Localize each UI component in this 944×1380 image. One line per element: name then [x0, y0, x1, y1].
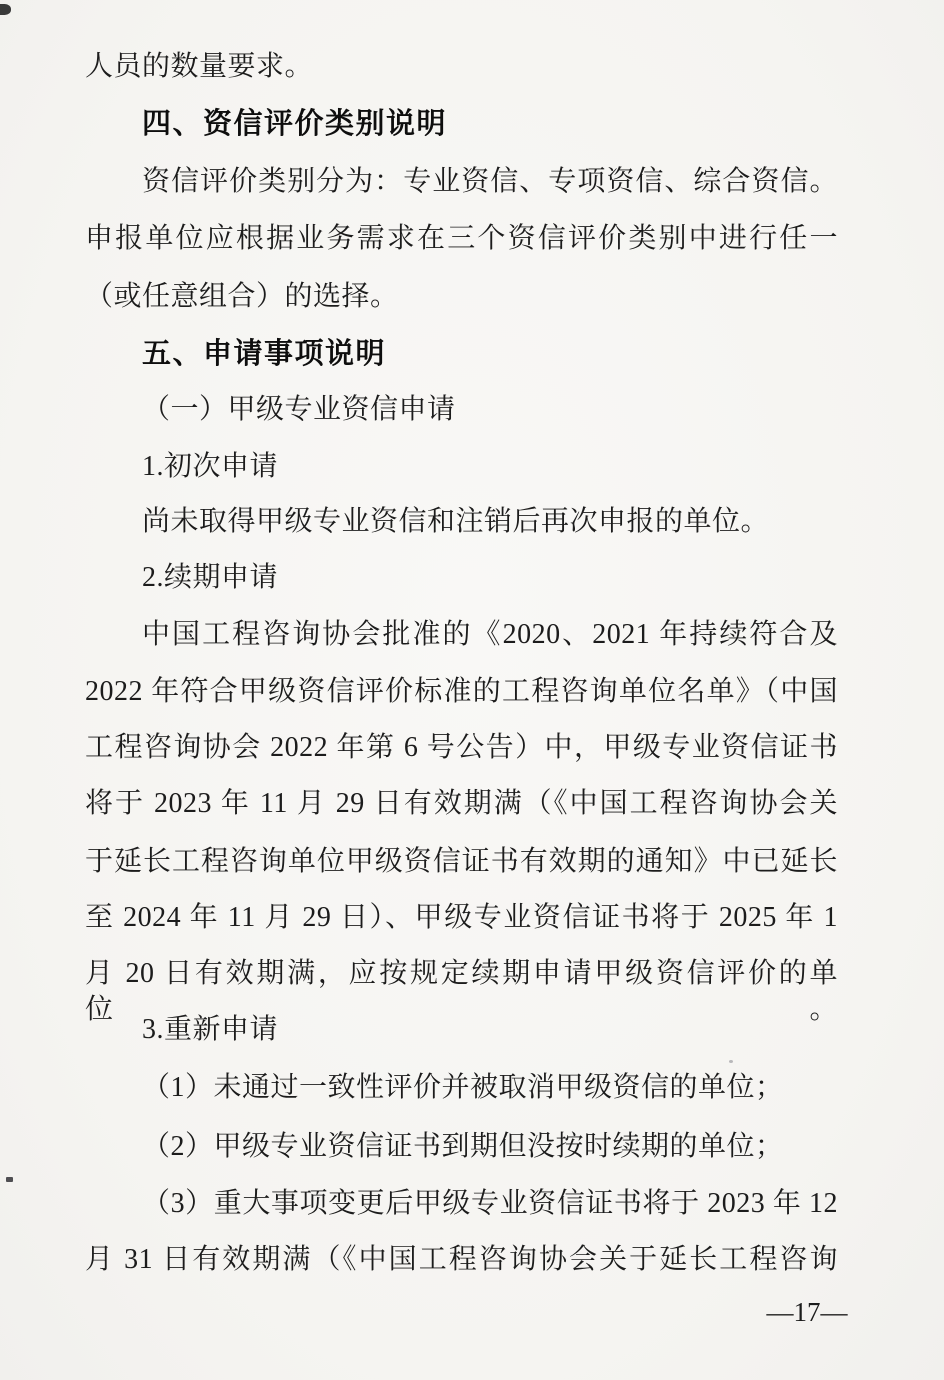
page-number: —17— [762, 1297, 852, 1328]
text-line: 申报单位应根据业务需求在三个资信评价类别中进行任一 [85, 221, 838, 257]
text-line: 将于 2023 年 11 月 29 日有效期满（《中国工程咨询协会关 [85, 786, 838, 822]
text-line: 月 31 日有效期满（《中国工程咨询协会关于延长工程咨询 [85, 1242, 838, 1278]
text-line: 尚未取得甲级专业资信和注销后再次申报的单位。 [85, 504, 838, 540]
text-line: 2.续期申请 [85, 560, 838, 596]
text-line: （2）甲级专业资信证书到期但没按时续期的单位； [85, 1129, 838, 1165]
text-line: 至 2024 年 11 月 29 日）、甲级专业资信证书将于 2025 年 1 [85, 900, 838, 936]
text-line: 1.初次申请 [85, 449, 838, 485]
text-line: 人员的数量要求。 [85, 49, 838, 85]
text-line: 于延长工程咨询单位甲级资信证书有效期的通知》中已延长 [85, 844, 838, 880]
text-line: 资信评价类别分为：专业资信、专项资信、综合资信。 [85, 164, 838, 200]
text-line: （3）重大事项变更后甲级专业资信证书将于 2023 年 12 [85, 1186, 838, 1222]
text-line: 工程咨询协会 2022 年第 6 号公告）中，甲级专业资信证书 [85, 730, 838, 766]
text-line: （1）未通过一致性评价并被取消甲级资信的单位； [85, 1070, 838, 1106]
text-line: 3.重新申请 [85, 1012, 838, 1048]
document-page: 人员的数量要求。 四、资信评价类别说明 资信评价类别分为：专业资信、专项资信、综… [0, 0, 944, 1380]
text-line: （或任意组合）的选择。 [85, 279, 838, 315]
ink-blot-artifact [0, 4, 11, 15]
text-line: 2022 年符合甲级资信评价标准的工程咨询单位名单》（中国 [85, 674, 838, 710]
text-line: （一）甲级专业资信申请 [85, 392, 838, 428]
text-line: 中国工程咨询协会批准的《2020、2021 年持续符合及 [85, 617, 838, 653]
section-heading-5: 五、申请事项说明 [85, 336, 838, 372]
scan-speck [6, 1177, 13, 1182]
scan-speck [729, 1060, 733, 1063]
section-heading-4: 四、资信评价类别说明 [85, 106, 838, 142]
